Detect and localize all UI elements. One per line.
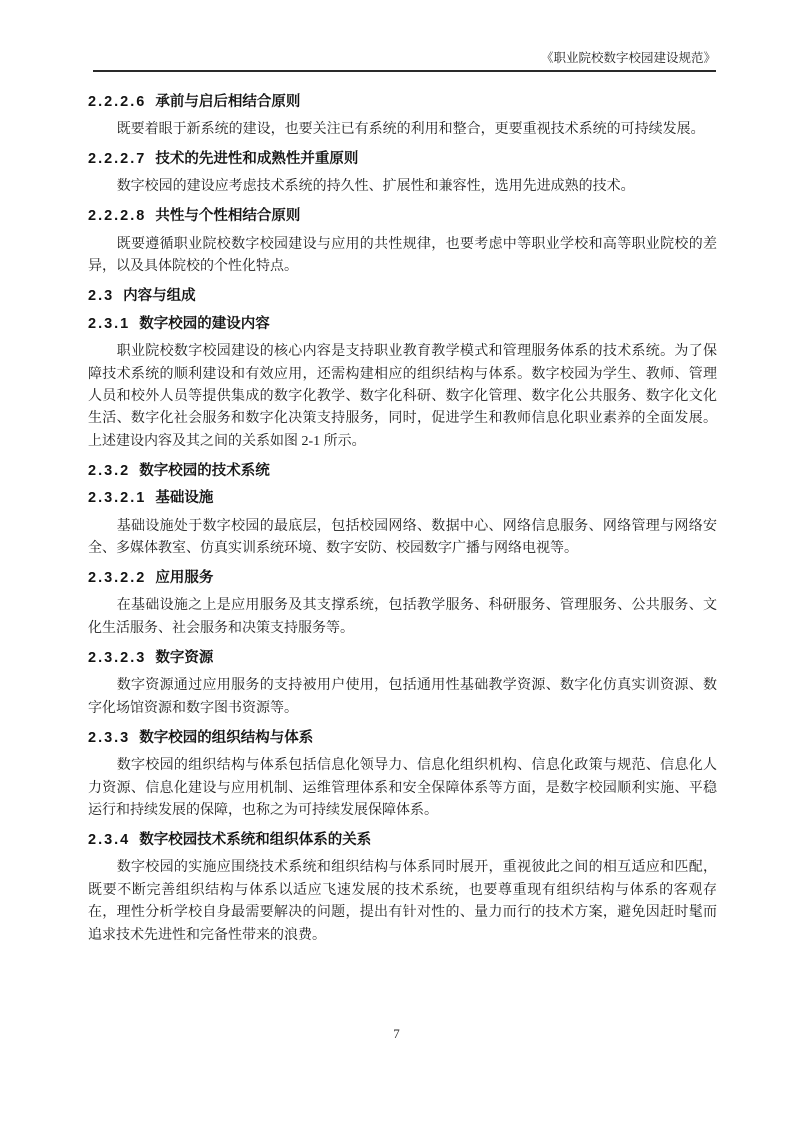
section-title: 数字校园的技术系统 — [139, 463, 270, 479]
section-heading-2-2-2-8: 2.2.2.8共性与个性相结合原则 — [88, 206, 717, 226]
section-number: 2.3 — [88, 288, 114, 304]
paragraph: 职业院校数字校园建设的核心内容是支持职业教育教学模式和管理服务体系的技术系统。为… — [88, 341, 717, 453]
document-body: 2.2.2.6承前与启后相结合原则 既要着眼于新系统的建设，也要关注已有系统的利… — [88, 84, 717, 947]
section-title: 数字校园的组织结构与体系 — [139, 730, 313, 746]
section-heading-2-2-2-6: 2.2.2.6承前与启后相结合原则 — [88, 92, 717, 112]
section-title: 内容与组成 — [123, 288, 196, 304]
section-heading-2-3-2-3: 2.3.2.3数字资源 — [88, 648, 717, 668]
section-title: 应用服务 — [155, 570, 213, 586]
section-number: 2.3.2.3 — [88, 650, 146, 666]
section-number: 2.3.2.2 — [88, 570, 146, 586]
running-title: 《职业院校数字校园建设规范》 — [541, 51, 716, 65]
section-title: 数字校园技术系统和组织体系的关系 — [139, 832, 371, 848]
paragraph: 既要遵循职业院校数字校园建设与应用的共性规律，也要考虑中等职业学校和高等职业院校… — [88, 234, 717, 279]
section-title: 承前与启后相结合原则 — [155, 94, 300, 110]
section-heading-2-3-3: 2.3.3数字校园的组织结构与体系 — [88, 728, 717, 748]
paragraph: 数字校园的实施应围绕技术系统和组织结构与体系同时展开，重视彼此之间的相互适应和匹… — [88, 857, 717, 947]
paragraph: 既要着眼于新系统的建设，也要关注已有系统的利用和整合，更要重视技术系统的可持续发… — [88, 119, 717, 141]
paragraph: 在基础设施之上是应用服务及其支撑系统，包括教学服务、科研服务、管理服务、公共服务… — [88, 595, 717, 640]
section-heading-2-3-2: 2.3.2数字校园的技术系统 — [88, 461, 717, 481]
section-number: 2.3.3 — [88, 730, 130, 746]
section-number: 2.2.2.6 — [88, 94, 146, 110]
section-heading-2-3-2-2: 2.3.2.2应用服务 — [88, 568, 717, 588]
document-page: 《职业院校数字校园建设规范》 2.2.2.6承前与启后相结合原则 既要着眼于新系… — [0, 0, 793, 1122]
section-number: 2.3.2.1 — [88, 490, 146, 506]
section-title: 数字资源 — [155, 650, 213, 666]
paragraph: 数字校园的建设应考虑技术系统的持久性、扩展性和兼容性，选用先进成熟的技术。 — [88, 176, 717, 198]
paragraph: 数字资源通过应用服务的支持被用户使用，包括通用性基础教学资源、数字化仿真实训资源… — [88, 675, 717, 720]
section-title: 共性与个性相结合原则 — [155, 208, 300, 224]
section-number: 2.3.1 — [88, 316, 130, 332]
section-heading-2-3-1: 2.3.1数字校园的建设内容 — [88, 314, 717, 334]
page-header: 《职业院校数字校园建设规范》 — [93, 50, 716, 72]
page-number: 7 — [0, 1026, 793, 1042]
paragraph: 数字校园的组织结构与体系包括信息化领导力、信息化组织机构、信息化政策与规范、信息… — [88, 755, 717, 822]
section-title: 技术的先进性和成熟性并重原则 — [155, 151, 358, 167]
section-heading-2-3: 2.3内容与组成 — [88, 286, 717, 306]
section-number: 2.3.2 — [88, 463, 130, 479]
section-title: 基础设施 — [155, 490, 213, 506]
section-heading-2-2-2-7: 2.2.2.7技术的先进性和成熟性并重原则 — [88, 149, 717, 169]
section-heading-2-3-2-1: 2.3.2.1基础设施 — [88, 488, 717, 508]
section-number: 2.2.2.7 — [88, 151, 146, 167]
section-number: 2.2.2.8 — [88, 208, 146, 224]
section-number: 2.3.4 — [88, 832, 130, 848]
section-heading-2-3-4: 2.3.4数字校园技术系统和组织体系的关系 — [88, 830, 717, 850]
paragraph: 基础设施处于数字校园的最底层，包括校园网络、数据中心、网络信息服务、网络管理与网… — [88, 516, 717, 561]
section-title: 数字校园的建设内容 — [139, 316, 270, 332]
